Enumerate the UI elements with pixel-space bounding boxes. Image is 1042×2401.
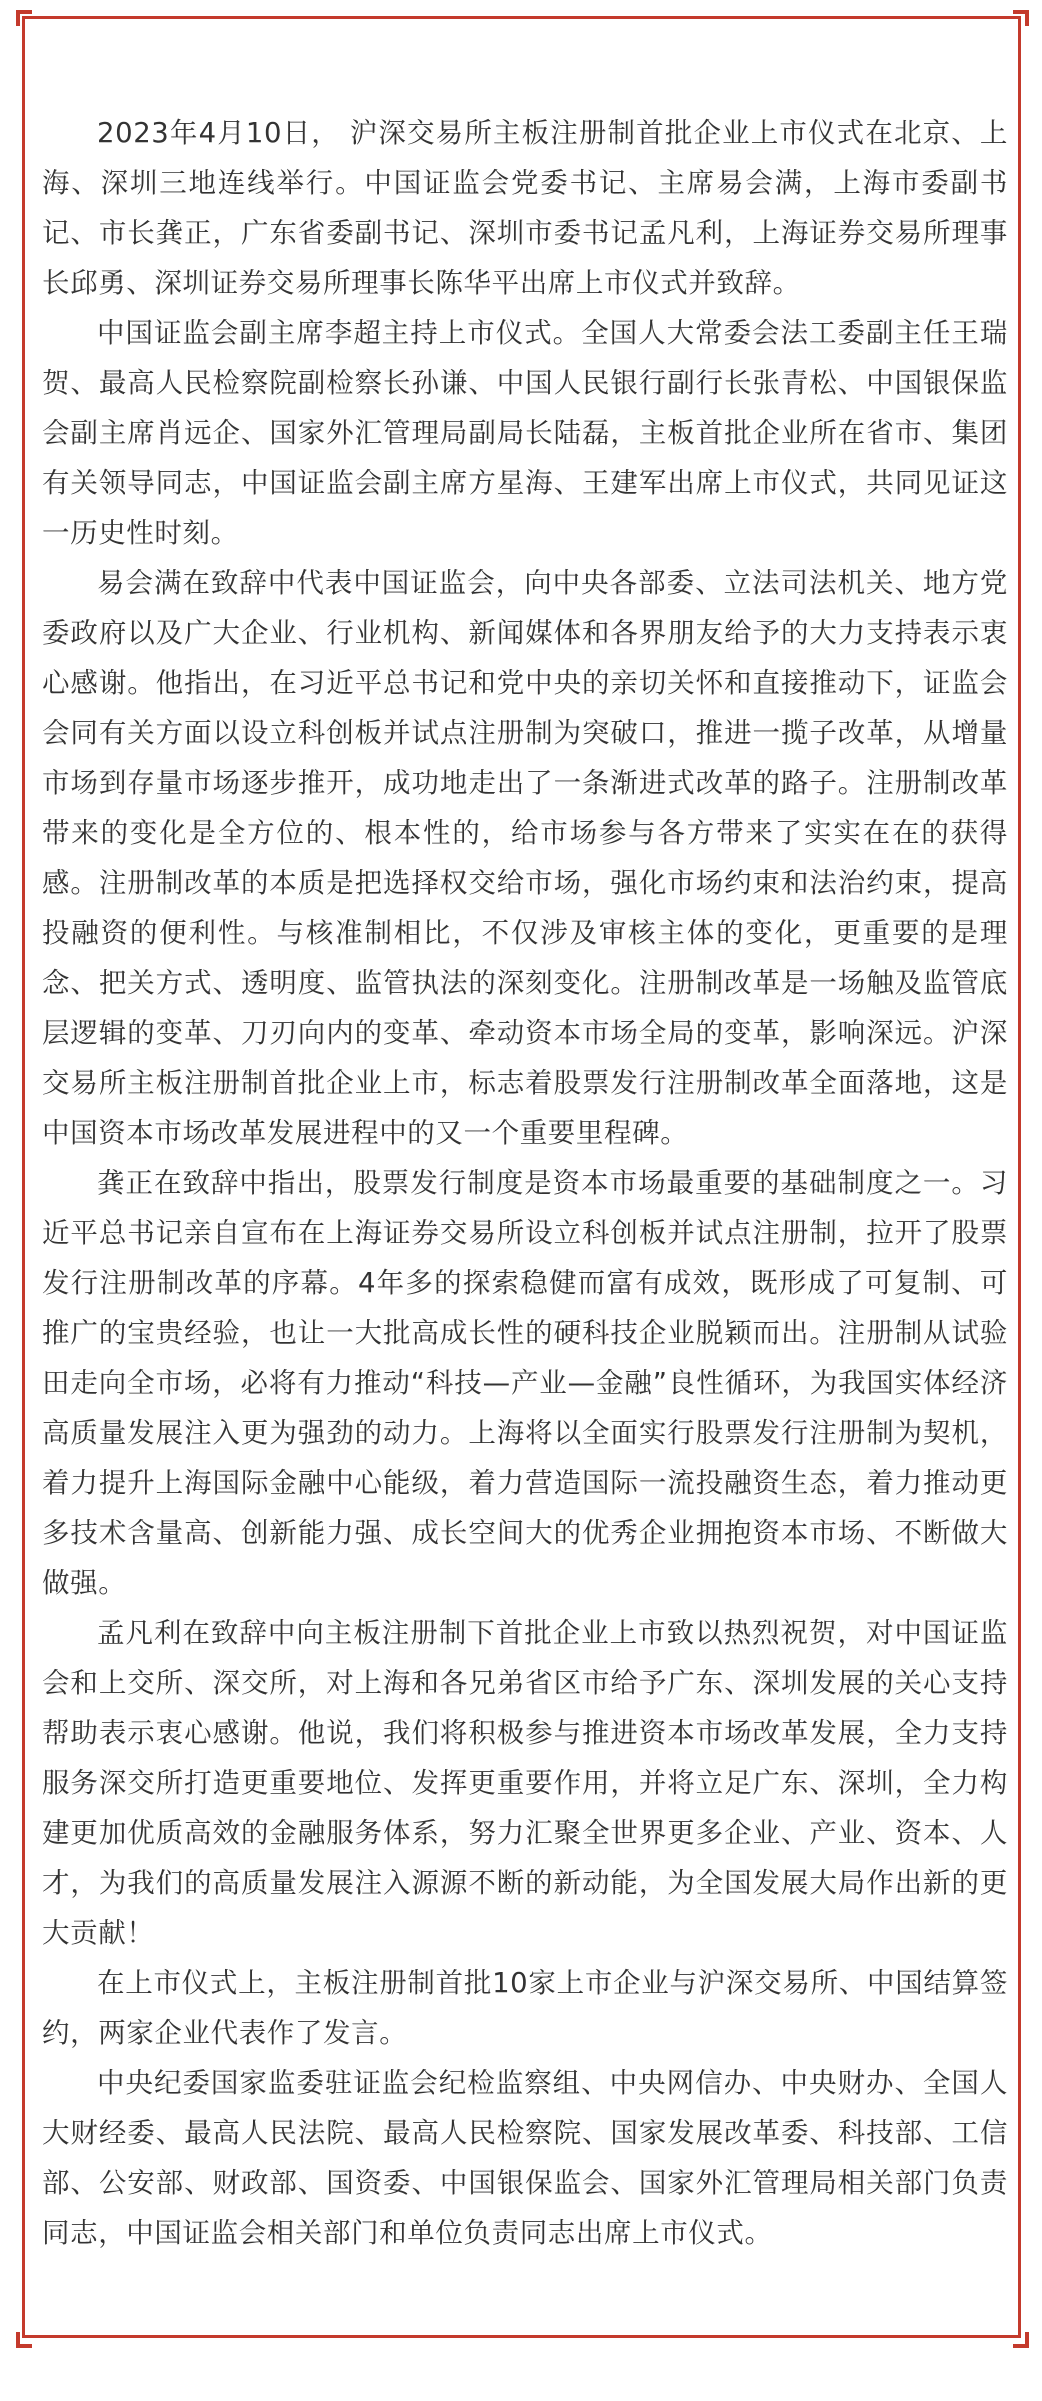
frame-corner-top-left	[16, 10, 32, 26]
paragraph-other-attendees: 中央纪委国家监委驻证监会纪检监察组、中央网信办、中央财办、全国人大财经委、最高人…	[42, 2058, 1008, 2258]
frame-corner-bottom-right	[1013, 2332, 1029, 2348]
article-body: 2023年4月10日， 沪深交易所主板注册制首批企业上市仪式在北京、上海、深圳三…	[42, 108, 1008, 2258]
paragraph-meng-fanli-speech: 孟凡利在致辞中向主板注册制下首批企业上市致以热烈祝贺，对中国证监会和上交所、深交…	[42, 1608, 1008, 1958]
paragraph-ceremony-intro: 2023年4月10日， 沪深交易所主板注册制首批企业上市仪式在北京、上海、深圳三…	[42, 108, 1008, 308]
paragraph-attendees: 中国证监会副主席李超主持上市仪式。全国人大常委会法工委副主任王瑞贺、最高人民检察…	[42, 308, 1008, 558]
paragraph-gong-zheng-speech: 龚正在致辞中指出，股票发行制度是资本市场最重要的基础制度之一。习近平总书记亲自宣…	[42, 1158, 1008, 1608]
frame-corner-bottom-left	[16, 2332, 32, 2348]
frame-corner-top-right	[1013, 10, 1029, 26]
paragraph-yi-huiman-speech: 易会满在致辞中代表中国证监会，向中央各部委、立法司法机关、地方党委政府以及广大企…	[42, 558, 1008, 1158]
paragraph-signing: 在上市仪式上，主板注册制首批10家上市企业与沪深交易所、中国结算签约，两家企业代…	[42, 1958, 1008, 2058]
